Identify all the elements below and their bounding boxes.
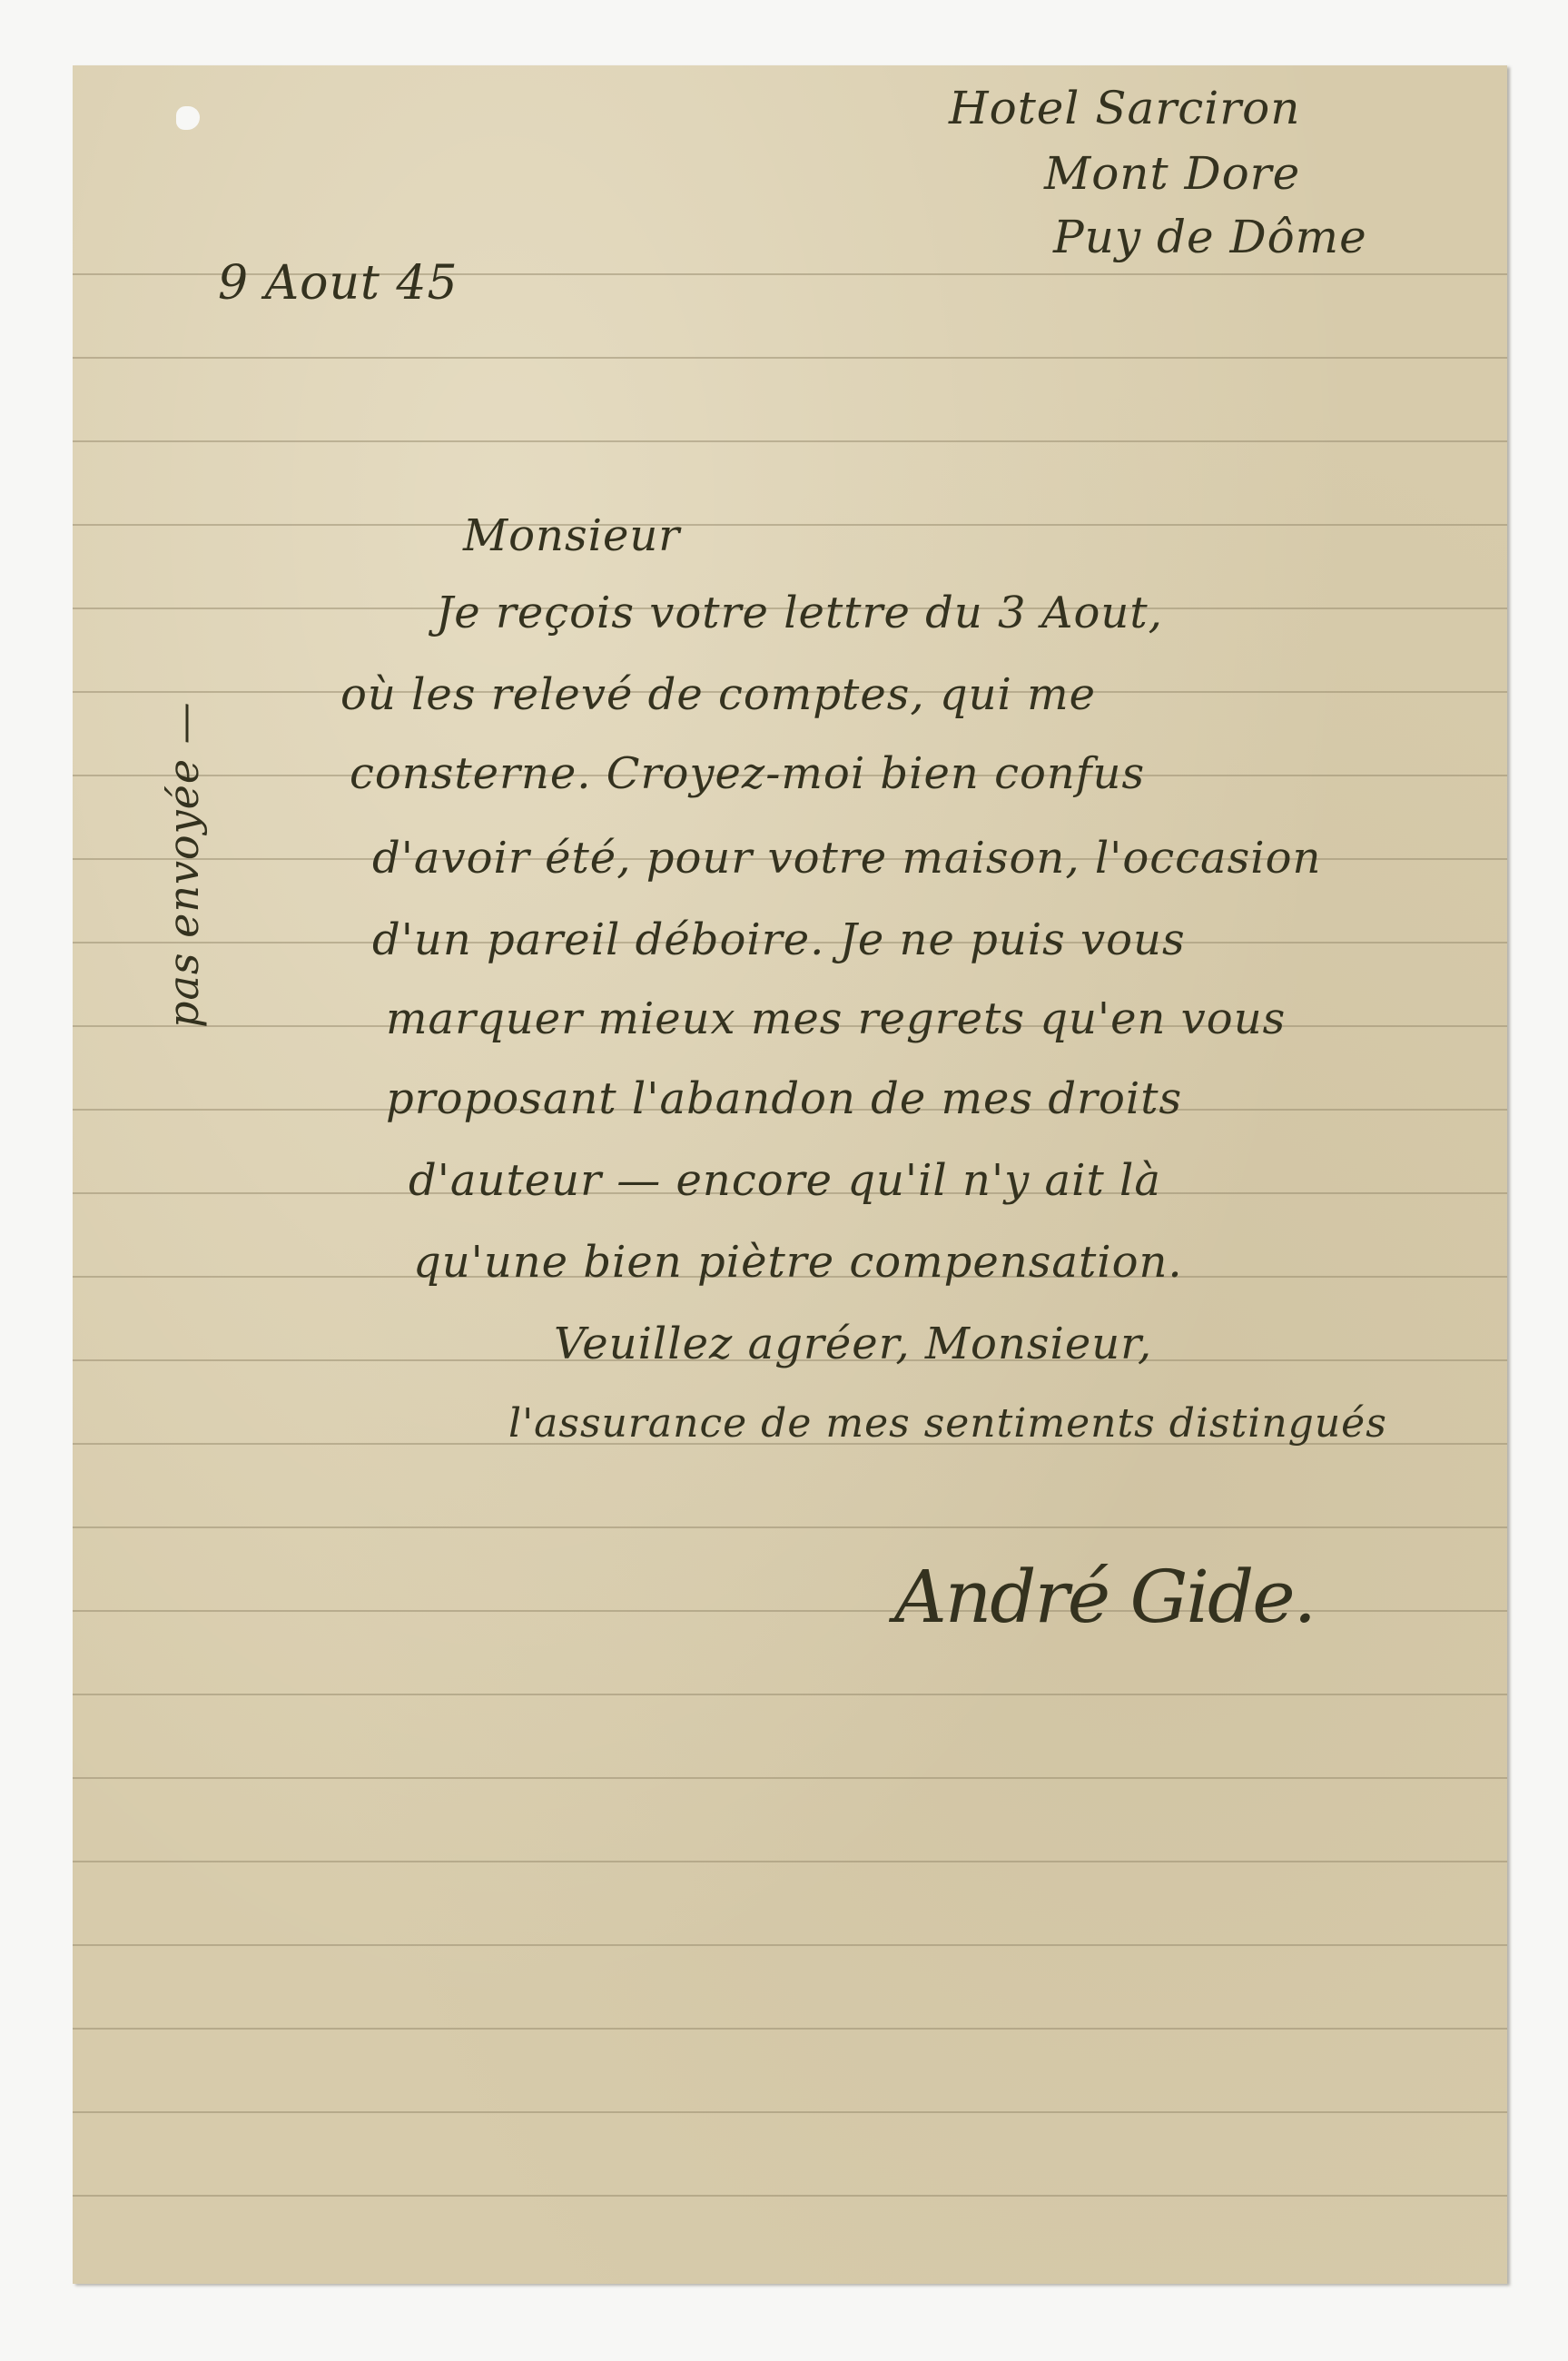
- address-line-town: Mont Dore: [1044, 147, 1300, 200]
- salutation: Monsieur: [463, 510, 680, 561]
- letter-date: 9 Aout 45: [218, 256, 459, 311]
- ruled-line: [73, 1944, 1507, 1946]
- body-line: consterne. Croyez-moi bien confus: [350, 748, 1145, 799]
- signature: André Gide.: [894, 1555, 1315, 1639]
- body-line: d'un pareil déboire. Je ne puis vous: [372, 914, 1186, 965]
- closing-line: Veuillez agréer, Monsieur,: [554, 1319, 1152, 1369]
- ruled-line: [73, 1694, 1507, 1695]
- body-line: d'avoir été, pour votre maison, l'occasi…: [372, 833, 1321, 884]
- ruled-line: [73, 1777, 1507, 1779]
- closing-line: l'assurance de mes sentiments distingués: [508, 1400, 1387, 1447]
- ruled-line: [73, 2195, 1507, 2197]
- body-line: proposant l'abandon de mes droits: [386, 1073, 1182, 1124]
- ruled-line: [73, 2028, 1507, 2030]
- ruled-line: [73, 1861, 1507, 1862]
- letter-sheet: Hotel Sarciron Mont Dore Puy de Dôme 9 A…: [73, 65, 1507, 2284]
- body-line: marquer mieux mes regrets qu'en vous: [386, 993, 1286, 1044]
- ruled-line: [73, 440, 1507, 442]
- ruled-line: [73, 524, 1507, 526]
- address-line-department: Puy de Dôme: [1053, 211, 1367, 263]
- body-line: qu'une bien piètre compensation.: [413, 1237, 1183, 1288]
- ruled-line: [73, 357, 1507, 359]
- body-line: d'auteur — encore qu'il n'y ait là: [409, 1155, 1161, 1206]
- ruled-line: [73, 1526, 1507, 1528]
- body-line: Je reçois votre lettre du 3 Aout,: [436, 588, 1163, 638]
- margin-note-not-sent: pas envoyée —: [159, 701, 208, 1028]
- body-line: où les relevé de comptes, qui me: [340, 669, 1096, 720]
- paper-hole: [176, 106, 200, 130]
- address-line-hotel: Hotel Sarciron: [949, 82, 1300, 134]
- ruled-line: [73, 2111, 1507, 2113]
